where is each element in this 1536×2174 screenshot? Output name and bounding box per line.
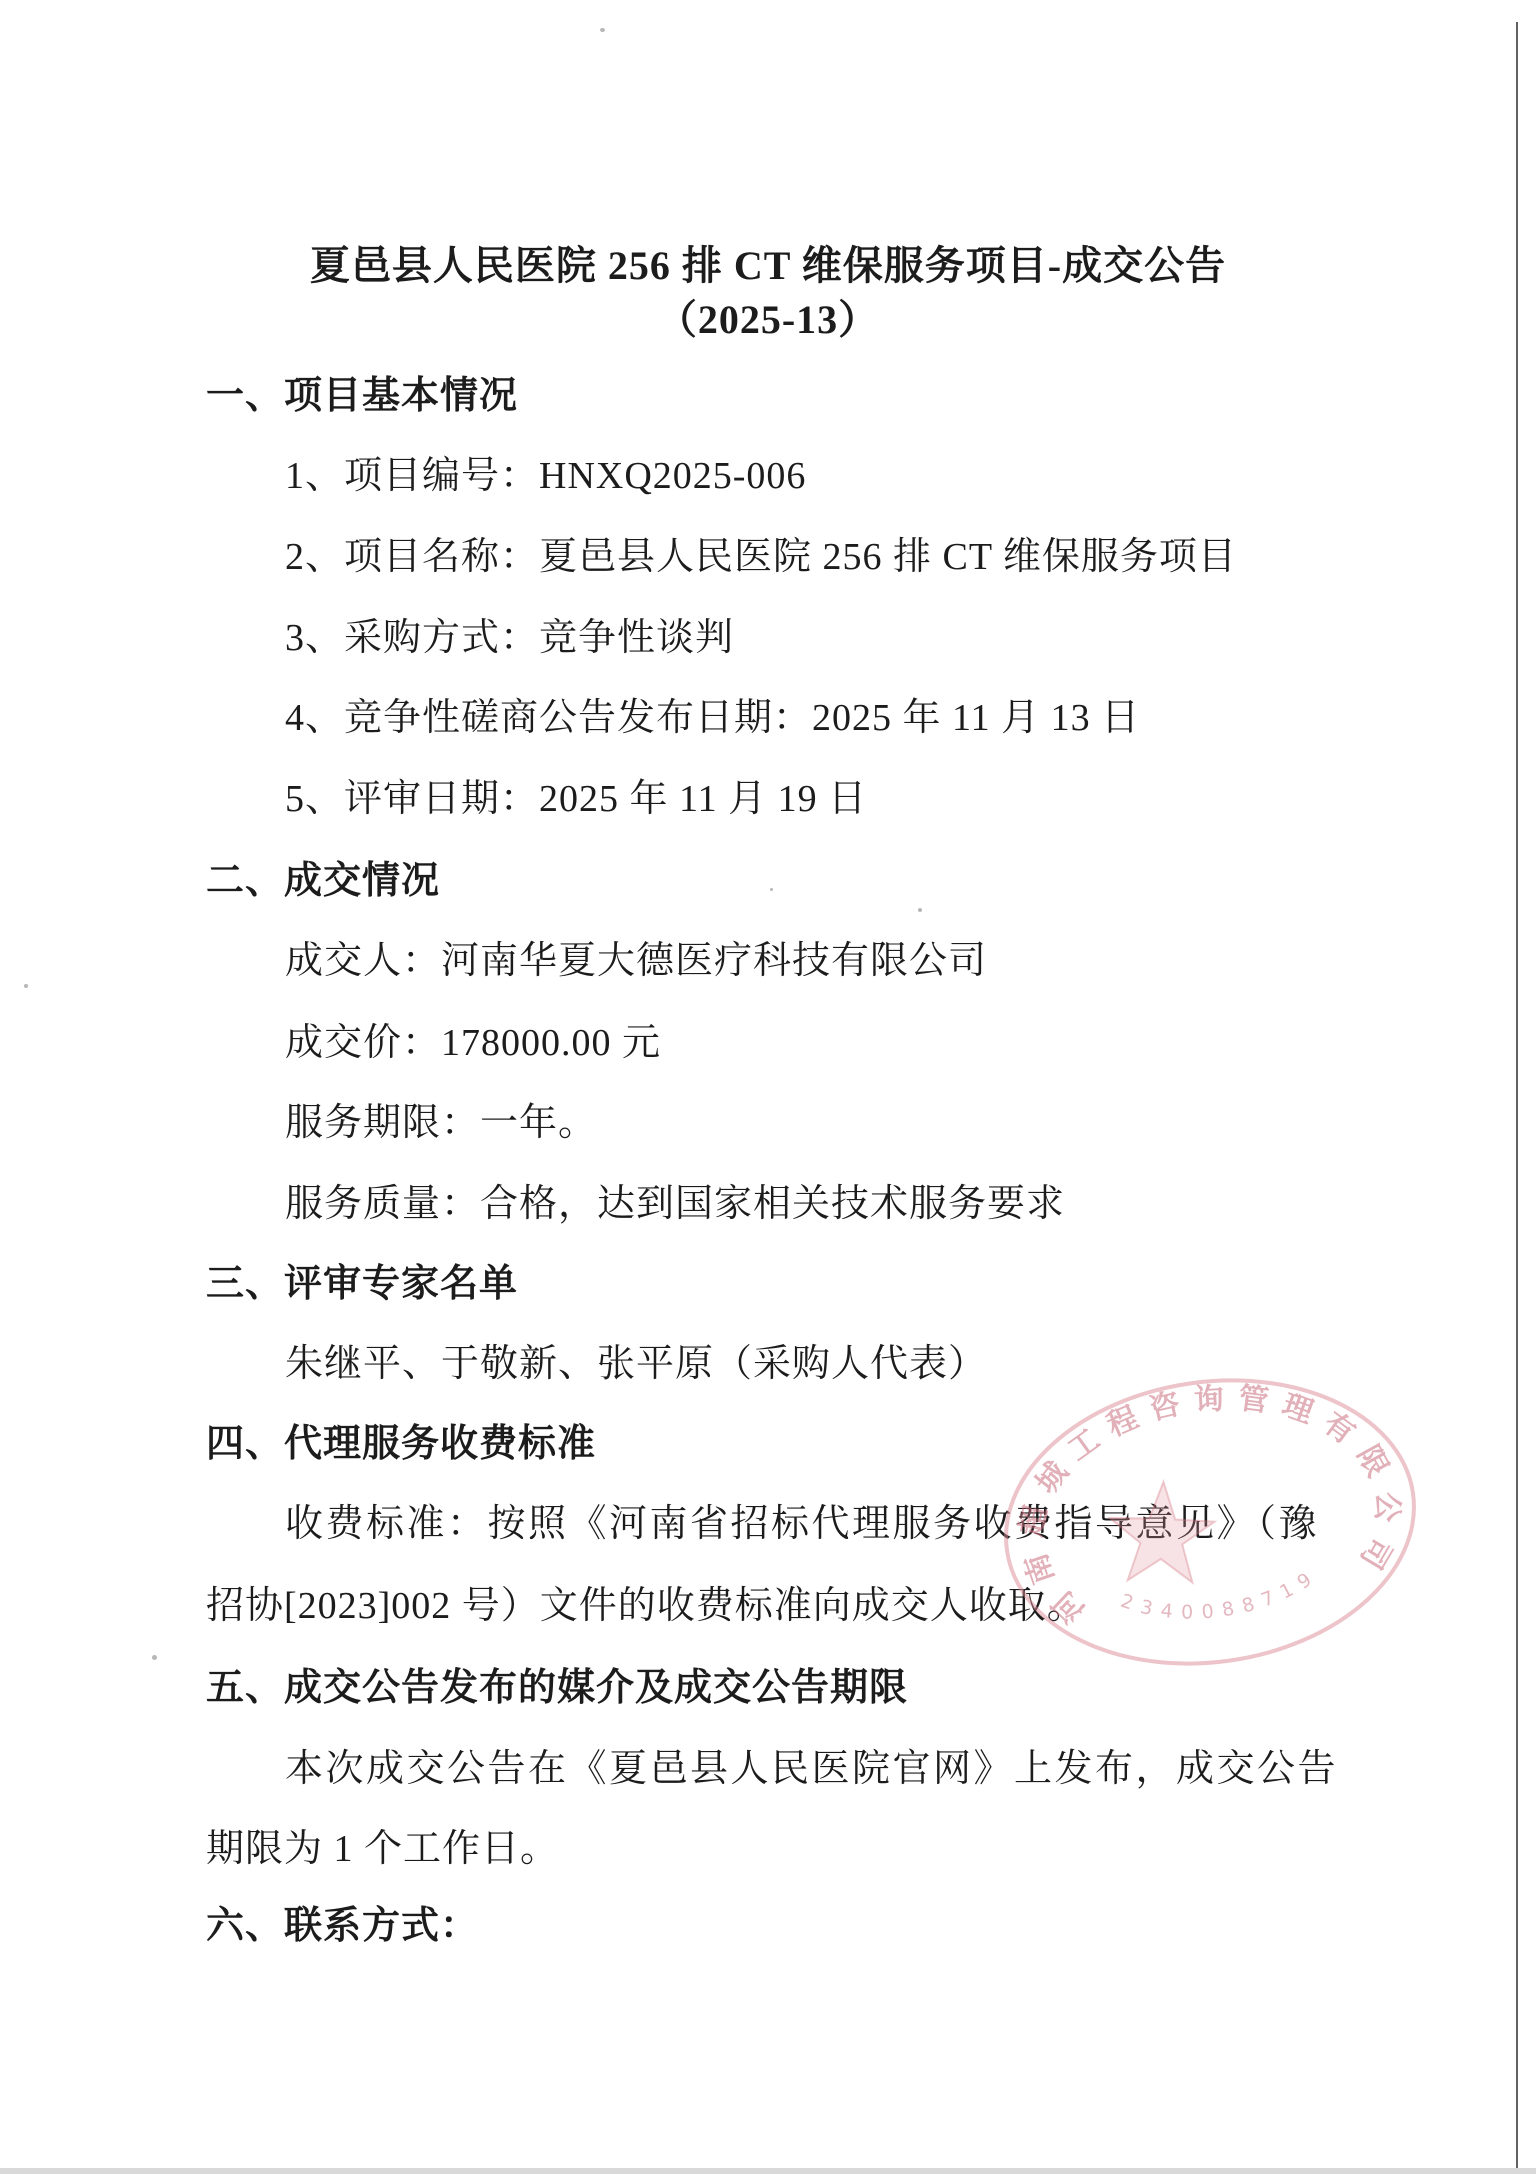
scanned-document-page: 夏邑县人民医院 256 排 CT 维保服务项目-成交公告 （2025-13） 一… [0,0,1536,2174]
fee-standard-line-2: 招协[2023]002 号）文件的收费标准向成交人收取。 [206,1585,1086,1629]
procurement-method-line: 3、采购方式：竞争性谈判 [285,617,734,661]
section-3-heading: 三、评审专家名单 [206,1263,518,1307]
scan-speck [24,984,28,988]
price-line: 成交价：178000.00 元 [285,1022,661,1066]
scan-edge-line [1516,22,1518,2168]
company-seal-stamp: 河南超城工程咨询管理有限公司 2340088719 [980,1362,1440,1682]
section-5-heading: 五、成交公告发布的媒介及成交公告期限 [206,1667,908,1711]
section-1-heading: 一、项目基本情况 [206,375,518,419]
project-name-line: 2、项目名称：夏邑县人民医院 256 排 CT 维保服务项目 [285,536,1237,580]
doc-title: 夏邑县人民医院 256 排 CT 维保服务项目-成交公告 [0,243,1536,289]
section-6-heading: 六、联系方式： [206,1905,479,1949]
experts-line: 朱继平、于敬新、张平原（采购人代表） [285,1343,987,1387]
doc-number: （2025-13） [0,297,1536,343]
service-term-line: 服务期限：一年。 [285,1102,597,1146]
winner-line: 成交人：河南华夏大德医疗科技有限公司 [285,940,987,984]
announcement-date-line: 4、竞争性磋商公告发布日期：2025 年 11 月 13 日 [285,697,1140,741]
publication-line-2: 期限为 1 个工作日。 [206,1828,559,1872]
seal-star-icon [1106,1476,1223,1593]
scan-speck [770,888,773,891]
scan-speck [600,28,605,32]
publication-line-1: 本次成交公告在《夏邑县人民医院官网》上发布，成交公告 [285,1748,1338,1792]
scan-speck [918,908,922,912]
scan-speck [152,1655,157,1660]
review-date-line: 5、评审日期：2025 年 11 月 19 日 [285,778,867,822]
seal-company-name: 河南超城工程咨询管理有限公司 [996,1362,1416,1634]
svg-text:河南超城工程咨询管理有限公司: 河南超城工程咨询管理有限公司 [996,1362,1416,1634]
section-4-heading: 四、代理服务收费标准 [206,1423,596,1467]
section-2-heading: 二、成交情况 [206,860,440,904]
project-number-line: 1、项目编号：HNXQ2025-006 [285,455,806,499]
seal-serial-number: 2340088719 [1115,1562,1327,1636]
scan-bottom-edge [0,2168,1536,2174]
service-quality-line: 服务质量：合格，达到国家相关技术服务要求 [285,1183,1065,1227]
svg-text:2340088719: 2340088719 [1115,1562,1327,1636]
